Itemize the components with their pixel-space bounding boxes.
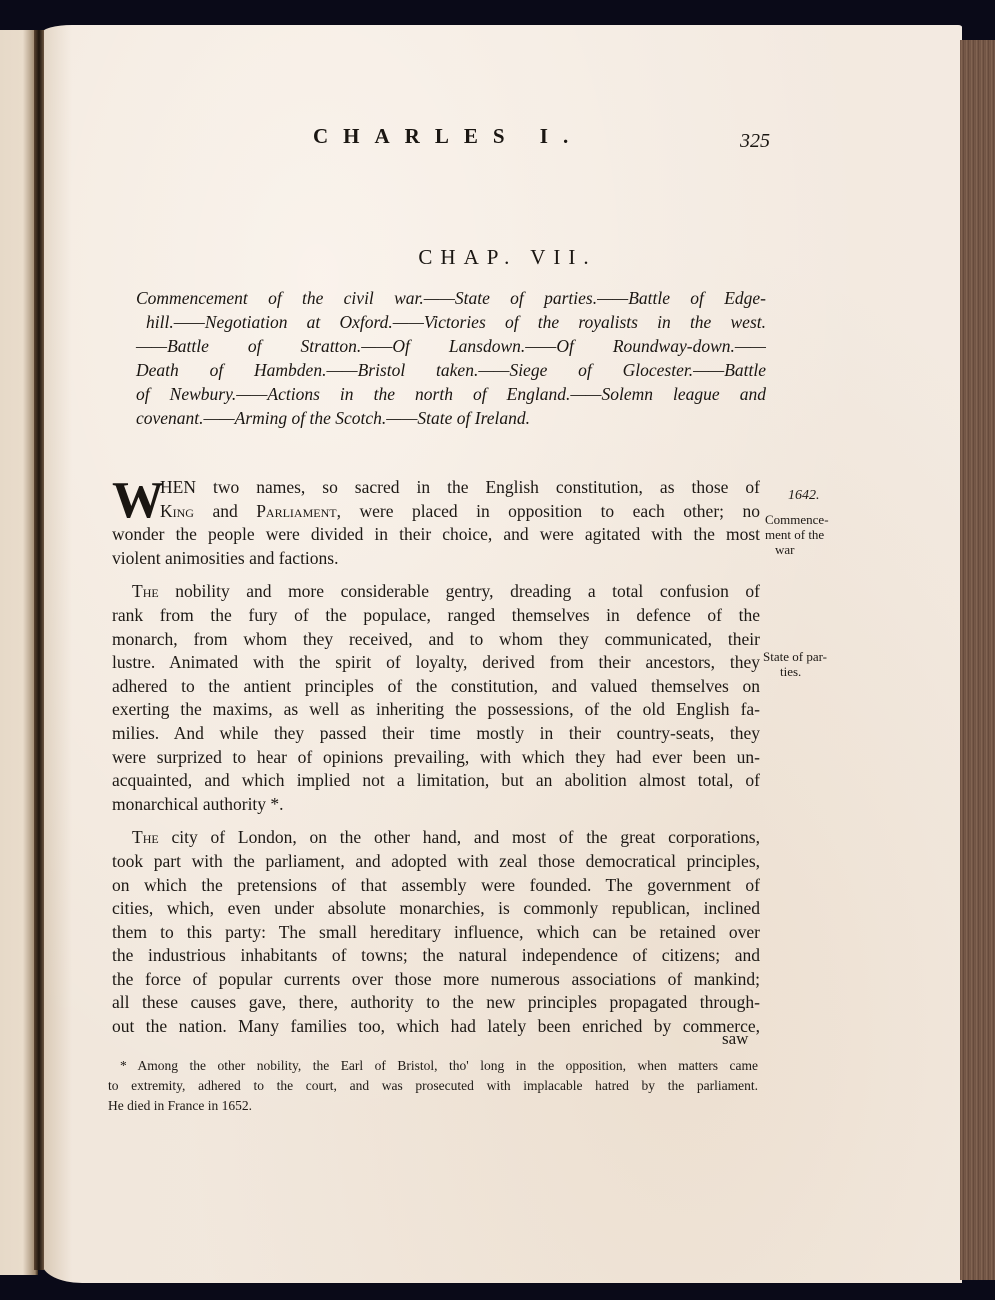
text-line: all these causes gave, there, authority … (112, 991, 760, 1015)
drop-cap: W (112, 478, 164, 524)
text-line: HEN two names, so sacred in the English … (112, 476, 760, 500)
text-line: monarchical authority *. (112, 793, 760, 817)
facing-page-edge (0, 30, 38, 1275)
book-gutter (34, 30, 44, 1270)
text-line: monarch, from whom they received, and to… (112, 628, 760, 652)
margin-note-line: Commence- (765, 512, 855, 527)
summary-line: Commencement of the civil war.——State of… (136, 286, 766, 310)
running-head: CHARLES I. (313, 124, 583, 149)
footnote: * Among the other nobility, the Earl of … (108, 1056, 758, 1116)
text-line: The city of London, on the other hand, a… (112, 826, 760, 850)
text-line: took part with the parliament, and adopt… (112, 850, 760, 874)
summary-line: covenant.——Arming of the Scotch.——State … (136, 406, 766, 430)
text-fragment: nobility and more considerable gentry, d… (159, 581, 760, 601)
text-line: King and Parliament, were placed in oppo… (112, 500, 760, 524)
small-caps-lead: The (132, 581, 159, 601)
small-caps-king: King (160, 501, 194, 521)
text-line: wonder the people were divided in their … (112, 523, 760, 547)
text-line: lustre. Animated with the spirit of loya… (112, 651, 760, 675)
text-line: the force of popular currents over those… (112, 968, 760, 992)
paragraph-2: The nobility and more considerable gentr… (112, 580, 760, 816)
chapter-title: CHAP. VII. (0, 245, 995, 270)
footnote-line: * Among the other nobility, the Earl of … (108, 1056, 758, 1076)
text-line: out the nation. Many families too, which… (112, 1015, 760, 1039)
text-line: rank from the fury of the populace, rang… (112, 604, 760, 628)
summary-line: Death of Hambden.——Bristol taken.——Siege… (136, 358, 766, 382)
summary-line: ——Battle of Stratton.——Of Lansdown.——Of … (136, 334, 766, 358)
footnote-line: He died in France in 1652. (108, 1096, 758, 1116)
text-fragment: city of London, on the other hand, and m… (159, 827, 760, 847)
margin-note-line: ment of the (765, 527, 855, 542)
margin-note-state-of-parties: State of par- ties. (763, 649, 853, 679)
text-fragment: and (194, 501, 256, 521)
margin-note-line: war (765, 542, 855, 557)
catchword: saw (722, 1029, 748, 1049)
text-line: were surprized to hear of opinions preva… (112, 746, 760, 770)
small-caps-parliament: Parliament (256, 501, 336, 521)
text-line: acquainted, and which implied not a limi… (112, 769, 760, 793)
summary-line: of Newbury.——Actions in the north of Eng… (136, 382, 766, 406)
summary-line: hill.——Negotiation at Oxford.——Victories… (136, 310, 766, 334)
paragraph-1: W HEN two names, so sacred in the Englis… (112, 476, 760, 570)
footnote-line: to extremity, adhered to the court, and … (108, 1076, 758, 1096)
text-line: The nobility and more considerable gentr… (112, 580, 760, 604)
page-number: 325 (740, 130, 770, 153)
margin-note-line: State of par- (763, 649, 853, 664)
margin-note-year: 1642. (788, 488, 820, 503)
text-line: on which the pretensions of that assembl… (112, 874, 760, 898)
small-caps-lead: The (132, 827, 159, 847)
text-line: them to this party: The small hereditary… (112, 921, 760, 945)
chapter-summary: Commencement of the civil war.——State of… (136, 286, 766, 430)
text-line: cities, which, even under absolute monar… (112, 897, 760, 921)
text-line: milies. And while they passed their time… (112, 722, 760, 746)
text-line: adhered to the antient principles of the… (112, 675, 760, 699)
margin-note-commencement: Commence- ment of the war (765, 512, 855, 557)
page-block-edge (960, 40, 995, 1280)
text-line: the industrious inhabitants of towns; th… (112, 944, 760, 968)
text-fragment: , were placed in opposition to each othe… (337, 501, 760, 521)
text-line: violent animosities and factions. (112, 547, 760, 571)
margin-note-line: ties. (763, 664, 853, 679)
paragraph-3: The city of London, on the other hand, a… (112, 826, 760, 1038)
text-line: exerting the maxims, as well as inheriti… (112, 698, 760, 722)
body-text: W HEN two names, so sacred in the Englis… (112, 476, 760, 1049)
